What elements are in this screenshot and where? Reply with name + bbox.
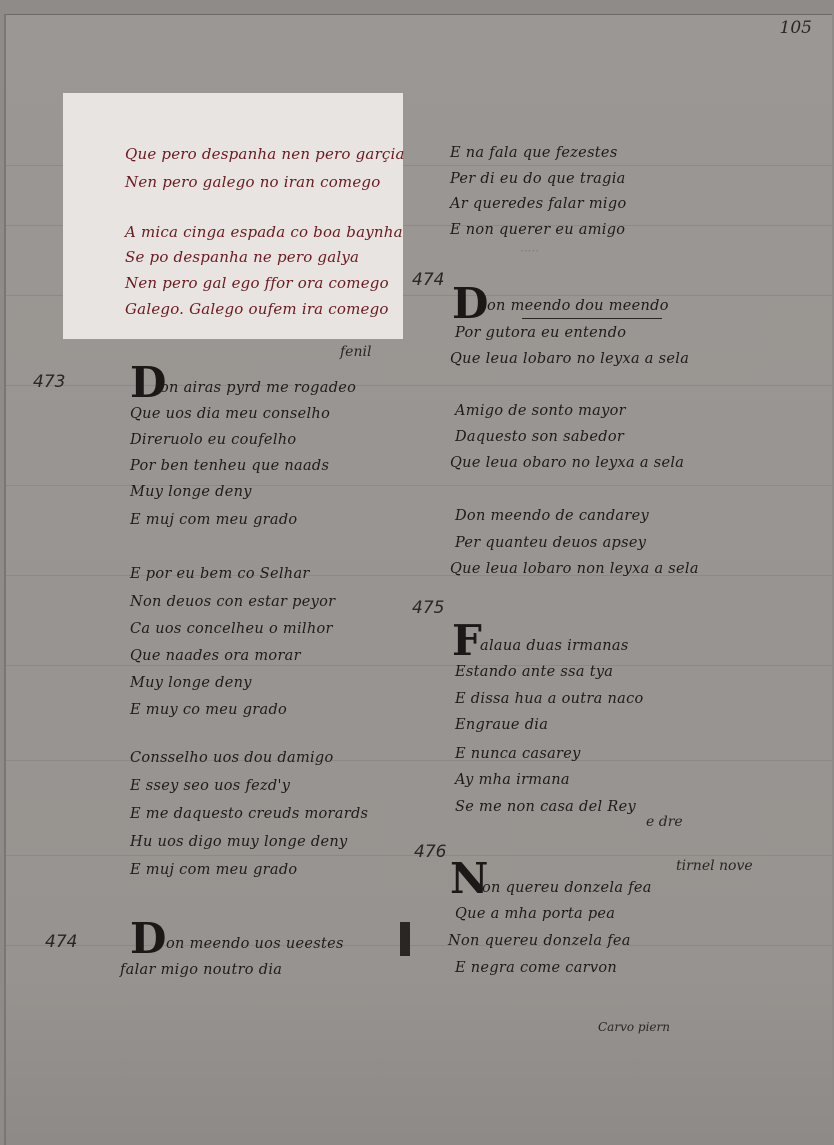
- verse-line: Que leua obaro no leyxa a sela: [450, 455, 684, 471]
- verse-line: E non querer eu amigo: [450, 222, 625, 238]
- verse-line: Ay mha irmana: [455, 772, 570, 788]
- verse-line: Se me non casa del Rey: [455, 799, 636, 815]
- verse-line: E me daquesto creuds morards: [130, 806, 368, 822]
- verse-line: Non deuos con estar peyor: [130, 594, 335, 610]
- poem-number: 475: [412, 598, 444, 618]
- verse-line: Que leua lobaro non leyxa a sela: [450, 561, 699, 577]
- verse-line: E nunca casarey: [455, 746, 581, 762]
- verse-line: Hu uos digo muy longe deny: [130, 834, 348, 850]
- excerpt-line: Galego. Galego oufem ira comego: [125, 300, 389, 318]
- initial-letter: F: [452, 620, 482, 662]
- verse-line: Per quanteu deuos apsey: [455, 535, 646, 551]
- excerpt-line: A mica cinga espada co boa baynha: [125, 223, 403, 241]
- verse-line: Consselho uos dou damigo: [130, 750, 334, 766]
- verse-line: on meendo dou meendo: [487, 298, 669, 314]
- poem-number: 476: [414, 842, 446, 862]
- verse-line: falar migo noutro dia: [120, 962, 282, 978]
- verse-line: on quereu donzela fea: [482, 880, 652, 896]
- verse-line: E muy co meu grado: [130, 702, 287, 718]
- verse-line: Que a mha porta pea: [455, 906, 615, 922]
- verse-line: Daquesto son sabedor: [455, 429, 624, 445]
- verse-line: Don meendo de candarey: [455, 508, 649, 524]
- verse-line: Ar queredes falar migo: [450, 196, 626, 212]
- margin-note: fenil: [340, 344, 371, 360]
- verse-line: Muy longe deny: [130, 484, 252, 500]
- margin-note: tirnel nove: [676, 858, 753, 874]
- verse-line: Ca uos concelheu o milhor: [130, 621, 333, 637]
- verse-line: Amigo de sonto mayor: [455, 403, 626, 419]
- margin-note: e dre: [646, 814, 683, 830]
- excerpt-line: Se po despanha ne pero galya: [125, 248, 359, 266]
- verse-line: Por gutora eu entendo: [455, 325, 626, 341]
- section-bracket-mark: [400, 922, 410, 956]
- poem-number: 474: [412, 270, 444, 290]
- verse-line: E por eu bem co Selhar: [130, 566, 310, 582]
- verse-line: Que leua lobaro no leyxa a sela: [450, 351, 689, 367]
- verse-line: alaua duas irmanas: [480, 638, 629, 654]
- verse-line: Que uos dia meu conselho: [130, 406, 330, 422]
- verse-line: E dissa hua a outra naco: [455, 691, 644, 707]
- folio-number: 105: [780, 18, 812, 38]
- verse-line: E muj com meu grado: [130, 512, 297, 528]
- initial-letter: D: [130, 918, 166, 960]
- excerpt-line: Nen pero galego no iran comego: [125, 173, 380, 191]
- verse-line: Estando ante ssa tya: [455, 664, 613, 680]
- verse-line: Muy longe deny: [130, 675, 252, 691]
- verse-line: Direruolo eu coufelho: [130, 432, 296, 448]
- verse-line: E na fala que fezestes: [450, 145, 618, 161]
- verse-line: Que naades ora morar: [130, 648, 301, 664]
- underline-mark: [522, 318, 662, 319]
- verse-line: on airas pyrd me rogadeo: [160, 380, 356, 396]
- initial-letter: D: [452, 283, 488, 325]
- verse-line: E muj com meu grado: [130, 862, 297, 878]
- verse-line: E negra come carvon: [455, 960, 617, 976]
- excerpt-line: Que pero despanha nen pero garçia: [125, 145, 405, 163]
- footer-note: Carvo piern: [598, 1020, 670, 1034]
- verse-line: on meendo uos ueestes: [166, 936, 344, 952]
- verse-line: Per di eu do que tragia: [450, 171, 626, 187]
- faded-annotation: ·····: [520, 244, 539, 258]
- highlighted-excerpt: Que pero despanha nen pero garçia Nen pe…: [63, 93, 403, 339]
- poem-number: 474: [45, 932, 77, 952]
- verse-line: E ssey seo uos fezd'y: [130, 778, 290, 794]
- poem-number: 473: [33, 372, 65, 392]
- verse-line: Non quereu donzela fea: [448, 933, 631, 949]
- verse-line: Por ben tenheu que naads: [130, 458, 329, 474]
- verse-line: Engraue dia: [455, 717, 548, 733]
- excerpt-line: Nen pero gal ego ffor ora comego: [125, 274, 389, 292]
